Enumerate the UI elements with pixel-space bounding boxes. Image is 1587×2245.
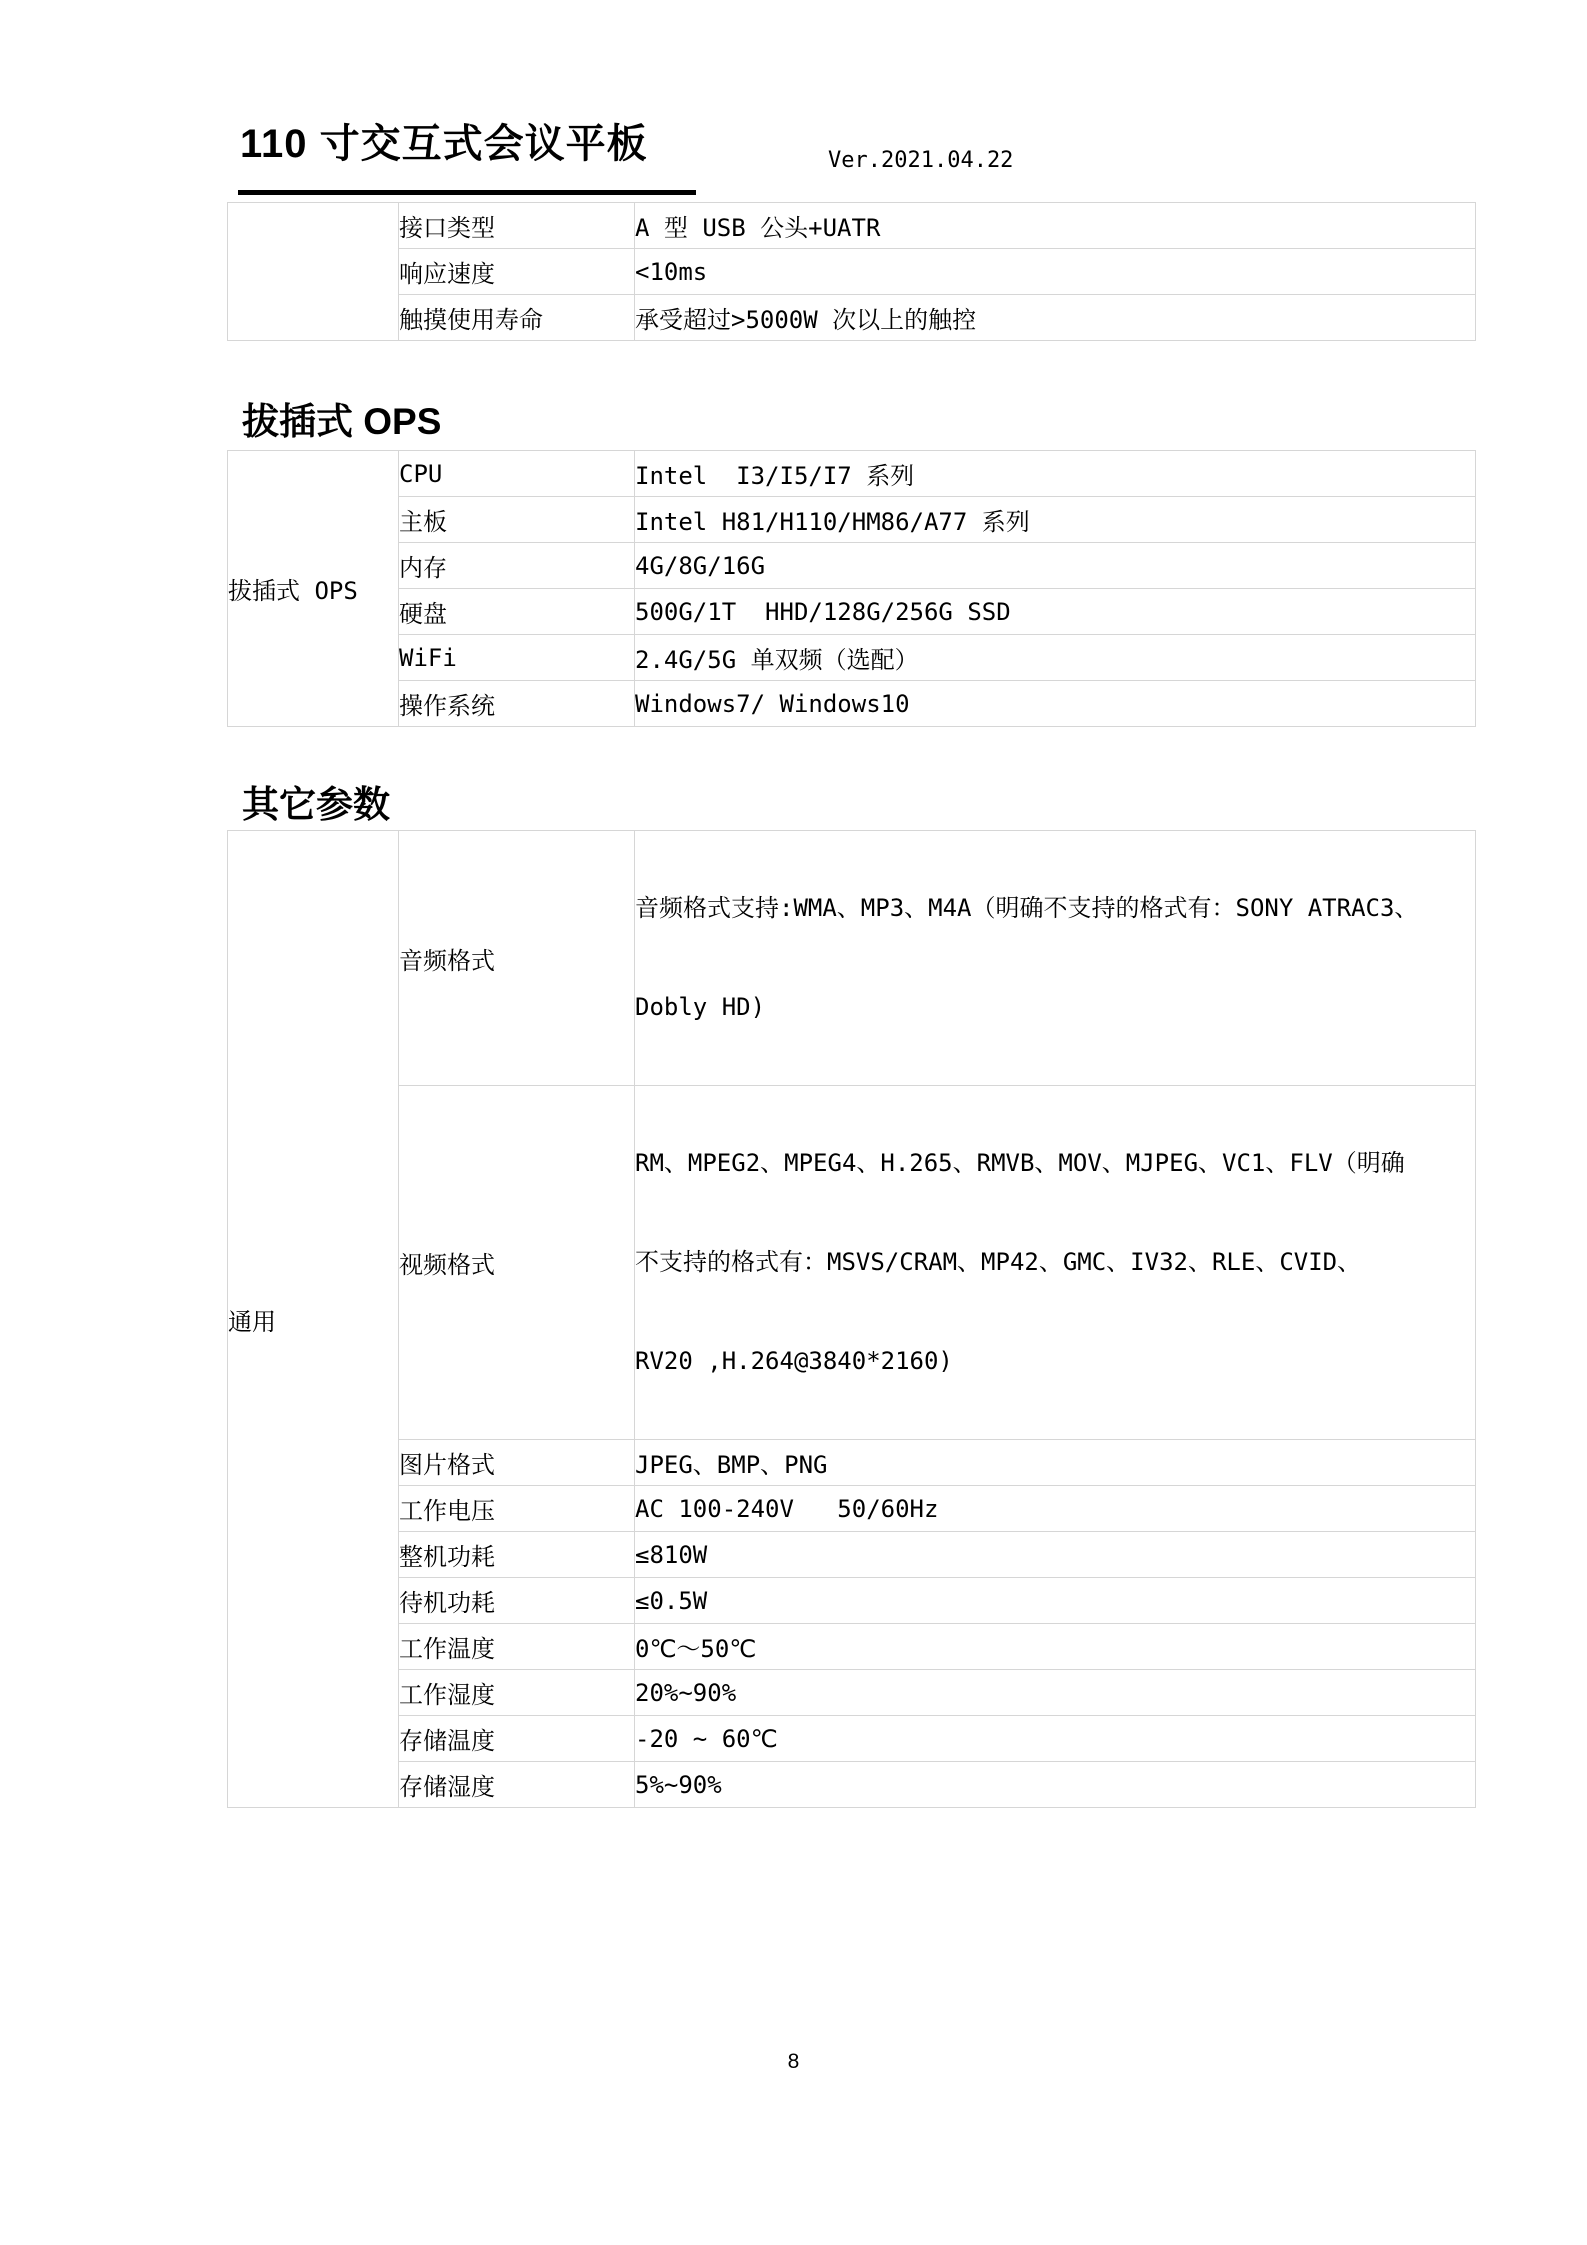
- spec-value: Windows7/ Windows10: [635, 681, 1476, 727]
- page-title: 110 寸交互式会议平板: [240, 112, 648, 169]
- value-line: Dobly HD): [635, 986, 1475, 1029]
- title-underline: [238, 190, 696, 195]
- spec-label: 工作湿度: [399, 1670, 635, 1716]
- section-heading-ops: 拔插式 OPS: [242, 391, 441, 445]
- spec-value: <10ms: [635, 249, 1476, 295]
- spec-label: 存储湿度: [399, 1762, 635, 1808]
- table-row: 整机功耗 ≤810W: [228, 1532, 1476, 1578]
- spec-label: 主板: [399, 497, 635, 543]
- table-row: 主板 Intel H81/H110/HM86/A77 系列: [228, 497, 1476, 543]
- spec-value: Intel I3/I5/I7 系列: [635, 451, 1476, 497]
- spec-value: JPEG、BMP、PNG: [635, 1440, 1476, 1486]
- spec-label: 内存: [399, 543, 635, 589]
- page-number: 8: [0, 2050, 1587, 2074]
- spec-label: 接口类型: [399, 203, 635, 249]
- spec-value: 4G/8G/16G: [635, 543, 1476, 589]
- table-row: 图片格式 JPEG、BMP、PNG: [228, 1440, 1476, 1486]
- version-label: Ver.2021.04.22: [828, 148, 1013, 173]
- spec-value: 0℃～50℃: [635, 1624, 1476, 1670]
- spec-value: 承受超过>5000W 次以上的触控: [635, 295, 1476, 341]
- spec-value: ≤810W: [635, 1532, 1476, 1578]
- value-line: RV20 ,H.264@3840*2160): [635, 1340, 1475, 1383]
- value-line: RM、MPEG2、MPEG4、H.265、RMVB、MOV、MJPEG、VC1、…: [635, 1142, 1475, 1185]
- spec-value: 5%~90%: [635, 1762, 1476, 1808]
- table-row: 通用 音频格式 音频格式支持:WMA、MP3、M4A（明确不支持的格式有：SON…: [228, 831, 1476, 1086]
- table-row: 视频格式 RM、MPEG2、MPEG4、H.265、RMVB、MOV、MJPEG…: [228, 1086, 1476, 1440]
- table-row: 硬盘 500G/1T HHD/128G/256G SSD: [228, 589, 1476, 635]
- spec-label: 待机功耗: [399, 1578, 635, 1624]
- group-cell-empty: [228, 203, 399, 341]
- table-row: 工作温度 0℃～50℃: [228, 1624, 1476, 1670]
- table-row: 触摸使用寿命 承受超过>5000W 次以上的触控: [228, 295, 1476, 341]
- touch-spec-table: 接口类型 A 型 USB 公头+UATR 响应速度 <10ms 触摸使用寿命 承…: [227, 202, 1476, 341]
- ops-spec-table: 拔插式 OPS CPU Intel I3/I5/I7 系列 主板 Intel H…: [227, 450, 1476, 727]
- spec-label: 操作系统: [399, 681, 635, 727]
- spec-value: 音频格式支持:WMA、MP3、M4A（明确不支持的格式有：SONY ATRAC3…: [635, 831, 1476, 1086]
- spec-label: 存储温度: [399, 1716, 635, 1762]
- spec-label: 整机功耗: [399, 1532, 635, 1578]
- spec-label: 响应速度: [399, 249, 635, 295]
- spec-value: A 型 USB 公头+UATR: [635, 203, 1476, 249]
- spec-value: RM、MPEG2、MPEG4、H.265、RMVB、MOV、MJPEG、VC1、…: [635, 1086, 1476, 1440]
- table-row: 接口类型 A 型 USB 公头+UATR: [228, 203, 1476, 249]
- spec-value: AC 100-240V 50/60Hz: [635, 1486, 1476, 1532]
- spec-label: 触摸使用寿命: [399, 295, 635, 341]
- table-row: 存储湿度 5%~90%: [228, 1762, 1476, 1808]
- group-cell-ops: 拔插式 OPS: [228, 451, 399, 727]
- table-row: 操作系统 Windows7/ Windows10: [228, 681, 1476, 727]
- section-heading-other: 其它参数: [242, 774, 390, 828]
- spec-label: 硬盘: [399, 589, 635, 635]
- table-row: 待机功耗 ≤0.5W: [228, 1578, 1476, 1624]
- spec-label: 视频格式: [399, 1086, 635, 1440]
- table-row: 响应速度 <10ms: [228, 249, 1476, 295]
- spec-value: 500G/1T HHD/128G/256G SSD: [635, 589, 1476, 635]
- spec-value: 2.4G/5G 单双频（选配）: [635, 635, 1476, 681]
- spec-label: 工作电压: [399, 1486, 635, 1532]
- table-row: 工作湿度 20%~90%: [228, 1670, 1476, 1716]
- table-row: 工作电压 AC 100-240V 50/60Hz: [228, 1486, 1476, 1532]
- spec-label: 工作温度: [399, 1624, 635, 1670]
- table-row: 存储温度 -20 ~ 60℃: [228, 1716, 1476, 1762]
- general-spec-table: 通用 音频格式 音频格式支持:WMA、MP3、M4A（明确不支持的格式有：SON…: [227, 830, 1476, 1808]
- spec-label: 音频格式: [399, 831, 635, 1086]
- spec-label: WiFi: [399, 635, 635, 681]
- table-row: 拔插式 OPS CPU Intel I3/I5/I7 系列: [228, 451, 1476, 497]
- value-line: 不支持的格式有：MSVS/CRAM、MP42、GMC、IV32、RLE、CVID…: [635, 1241, 1475, 1284]
- spec-label: 图片格式: [399, 1440, 635, 1486]
- value-line: 音频格式支持:WMA、MP3、M4A（明确不支持的格式有：SONY ATRAC3…: [635, 887, 1475, 930]
- table-row: 内存 4G/8G/16G: [228, 543, 1476, 589]
- spec-value: 20%~90%: [635, 1670, 1476, 1716]
- spec-value: Intel H81/H110/HM86/A77 系列: [635, 497, 1476, 543]
- spec-value: -20 ~ 60℃: [635, 1716, 1476, 1762]
- table-row: WiFi 2.4G/5G 单双频（选配）: [228, 635, 1476, 681]
- spec-label: CPU: [399, 451, 635, 497]
- spec-value: ≤0.5W: [635, 1578, 1476, 1624]
- group-cell-general: 通用: [228, 831, 399, 1808]
- document-page: 110 寸交互式会议平板 Ver.2021.04.22 接口类型 A 型 USB…: [0, 0, 1587, 2245]
